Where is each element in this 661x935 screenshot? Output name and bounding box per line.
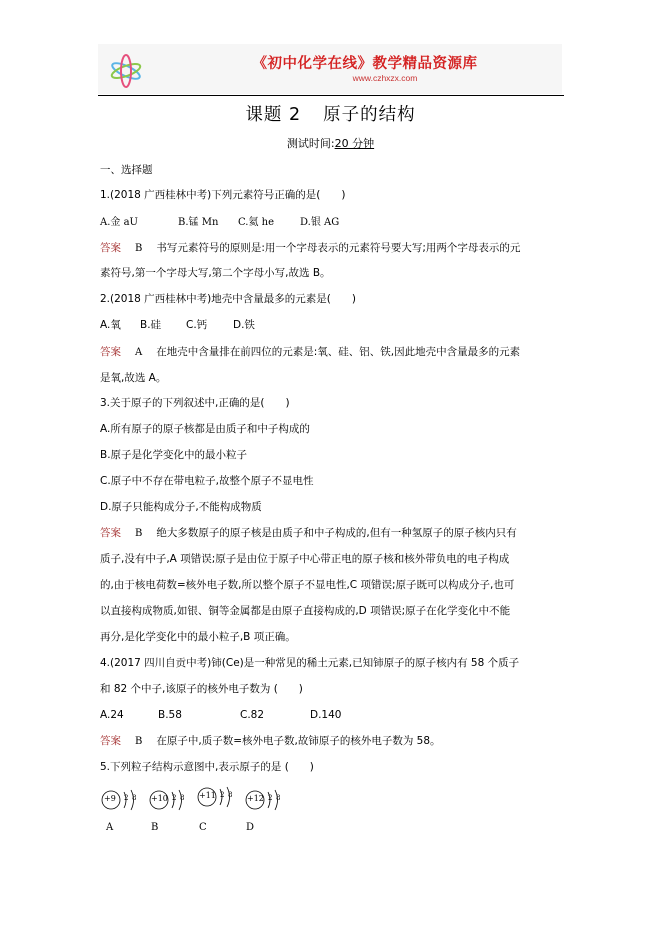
explanation-line: 质子,没有中子,A 项错误;原子是由位于原子中心带正电的原子核和核外带负电的电子… — [100, 552, 509, 566]
title-lesson-number: 课题 2 — [245, 105, 301, 125]
option-a: A.所有原子的原子核都是由质子和中子构成的 — [100, 422, 310, 436]
option-b: B.原子是化学变化中的最小粒子 — [100, 448, 247, 462]
option-c: C.钙 — [186, 318, 233, 332]
option-b: B.58 — [158, 708, 240, 722]
answer-letter: B — [135, 736, 142, 747]
nucleus-charge: +10 — [151, 794, 168, 803]
explanation-line: 在地壳中含量排在前四位的元素是:氧、硅、铝、铁,因此地壳中含量最多的元素 — [156, 346, 520, 358]
section-heading: 一、选择题 — [100, 163, 153, 177]
diagram-label-b: B — [151, 822, 158, 833]
nucleus-charge: +9 — [104, 794, 116, 803]
nucleus-charge: +12 — [247, 794, 264, 803]
answer-letter: A — [135, 347, 142, 358]
explanation-line: 绝大多数原子的原子核是由质子和中子构成的,但有一种氢原子的原子核内只有 — [156, 527, 516, 539]
option-d: D.铁 — [233, 318, 255, 332]
option-c: C.原子中不存在带电粒子,故整个原子不显电性 — [100, 474, 314, 488]
answer-label: 答案 — [100, 346, 121, 358]
atom-diagram-b: +10 2 8 — [148, 787, 194, 815]
shell-1: 2 — [172, 794, 176, 802]
header-divider — [98, 95, 564, 96]
question-1-options: A.金 aUB.锰 MnC.氦 heD.银 AG — [100, 215, 339, 230]
option-a: A.氧 — [100, 318, 140, 332]
question-1-answer: 答案B书写元素符号的原则是:用一个字母表示的元素符号要大写;用两个字母表示的元 — [100, 241, 520, 256]
banner-url: www.czhxzx.com — [98, 73, 562, 83]
test-time: 测试时间:20 分钟 — [0, 135, 661, 151]
question-1-stem: 1.(2018 广西桂林中考)下列元素符号正确的是( ) — [100, 188, 345, 202]
header-banner: 《初中化学在线》教学精品资源库 www.czhxzx.com — [98, 44, 562, 94]
shell-1: 2 — [124, 794, 128, 802]
shell-2: 8 — [276, 794, 280, 802]
shell-2: 8 — [228, 791, 232, 799]
explanation-line: 在原子中,质子数=核外电子数,故铈原子的核外电子数为 58。 — [156, 735, 440, 747]
shell-1: 2 — [268, 794, 272, 802]
option-d: D.原子只能构成分子,不能构成物质 — [100, 500, 262, 514]
option-a: A.24 — [100, 708, 158, 722]
question-2-options: A.氧B.硅C.钙D.铁 — [100, 318, 255, 332]
answer-label: 答案 — [100, 242, 121, 254]
diagram-label-a: A — [106, 822, 113, 833]
explanation-line: 的,由于核电荷数=核外电子数,所以整个原子不显电性,C 项错误;原子既可以构成分… — [100, 578, 514, 592]
shell-1: 2 — [220, 791, 224, 799]
nucleus-charge: +11 — [199, 791, 216, 800]
shell-2: 8 — [180, 794, 184, 802]
option-a: A.金 aU — [100, 216, 178, 230]
answer-label: 答案 — [100, 735, 121, 747]
explanation-line: 是氧,故选 A。 — [100, 371, 166, 385]
question-3-answer: 答案B绝大多数原子的原子核是由质子和中子构成的,但有一种氢原子的原子核内只有 — [100, 526, 517, 541]
option-d: D.140 — [310, 708, 341, 722]
explanation-line: 再分,是化学变化中的最小粒子,B 项正确。 — [100, 630, 296, 644]
option-d: D.银 AG — [300, 216, 339, 230]
particle-structure-diagrams: +9 2 8 +10 2 8 +11 2 8 +12 2 8 A B C — [98, 787, 298, 837]
diagram-label-d: D — [246, 822, 254, 833]
explanation-line: 书写元素符号的原则是:用一个字母表示的元素符号要大写;用两个字母表示的元 — [156, 242, 520, 254]
title-topic: 原子的结构 — [323, 105, 416, 125]
question-4-stem-cont: 和 82 个中子,该原子的核外电子数为 ( ) — [100, 682, 303, 696]
answer-letter: B — [135, 528, 142, 539]
explanation-line: 以直接构成物质,如银、铜等金属都是由原子直接构成的,D 项错误;原子在化学变化中… — [100, 604, 510, 618]
question-2-stem: 2.(2018 广西桂林中考)地壳中含量最多的元素是( ) — [100, 292, 356, 306]
test-time-value: 20 分钟 — [335, 137, 375, 150]
question-3-stem: 3.关于原子的下列叙述中,正确的是( ) — [100, 396, 290, 410]
question-4-options: A.24B.58C.82D.140 — [100, 708, 341, 722]
shell-2: 8 — [132, 794, 136, 802]
banner-title: 《初中化学在线》教学精品资源库 — [98, 52, 562, 73]
question-2-answer: 答案A在地壳中含量排在前四位的元素是:氧、硅、铝、铁,因此地壳中含量最多的元素 — [100, 345, 520, 360]
explanation-line: 素符号,第一个字母大写,第二个字母小写,故选 B。 — [100, 266, 331, 280]
diagram-label-c: C — [199, 822, 207, 833]
option-b: B.硅 — [140, 318, 186, 332]
option-b: B.锰 Mn — [178, 216, 238, 230]
answer-label: 答案 — [100, 527, 121, 539]
atom-diagram-a: +9 2 8 — [100, 787, 146, 815]
question-4-answer: 答案B在原子中,质子数=核外电子数,故铈原子的核外电子数为 58。 — [100, 734, 441, 749]
atom-diagram-c: +11 2 8 — [196, 784, 242, 812]
page-title: 课题 2原子的结构 — [0, 101, 661, 126]
answer-letter: B — [135, 243, 142, 254]
atom-diagram-d: +12 2 8 — [244, 787, 290, 815]
test-time-label: 测试时间: — [287, 137, 335, 150]
question-4-stem: 4.(2017 四川自贡中考)铈(Ce)是一种常见的稀土元素,已知铈原子的原子核… — [100, 656, 519, 670]
option-c: C.82 — [240, 708, 310, 722]
option-c: C.氦 he — [238, 216, 300, 230]
question-5-stem: 5.下列粒子结构示意图中,表示原子的是 ( ) — [100, 760, 314, 774]
